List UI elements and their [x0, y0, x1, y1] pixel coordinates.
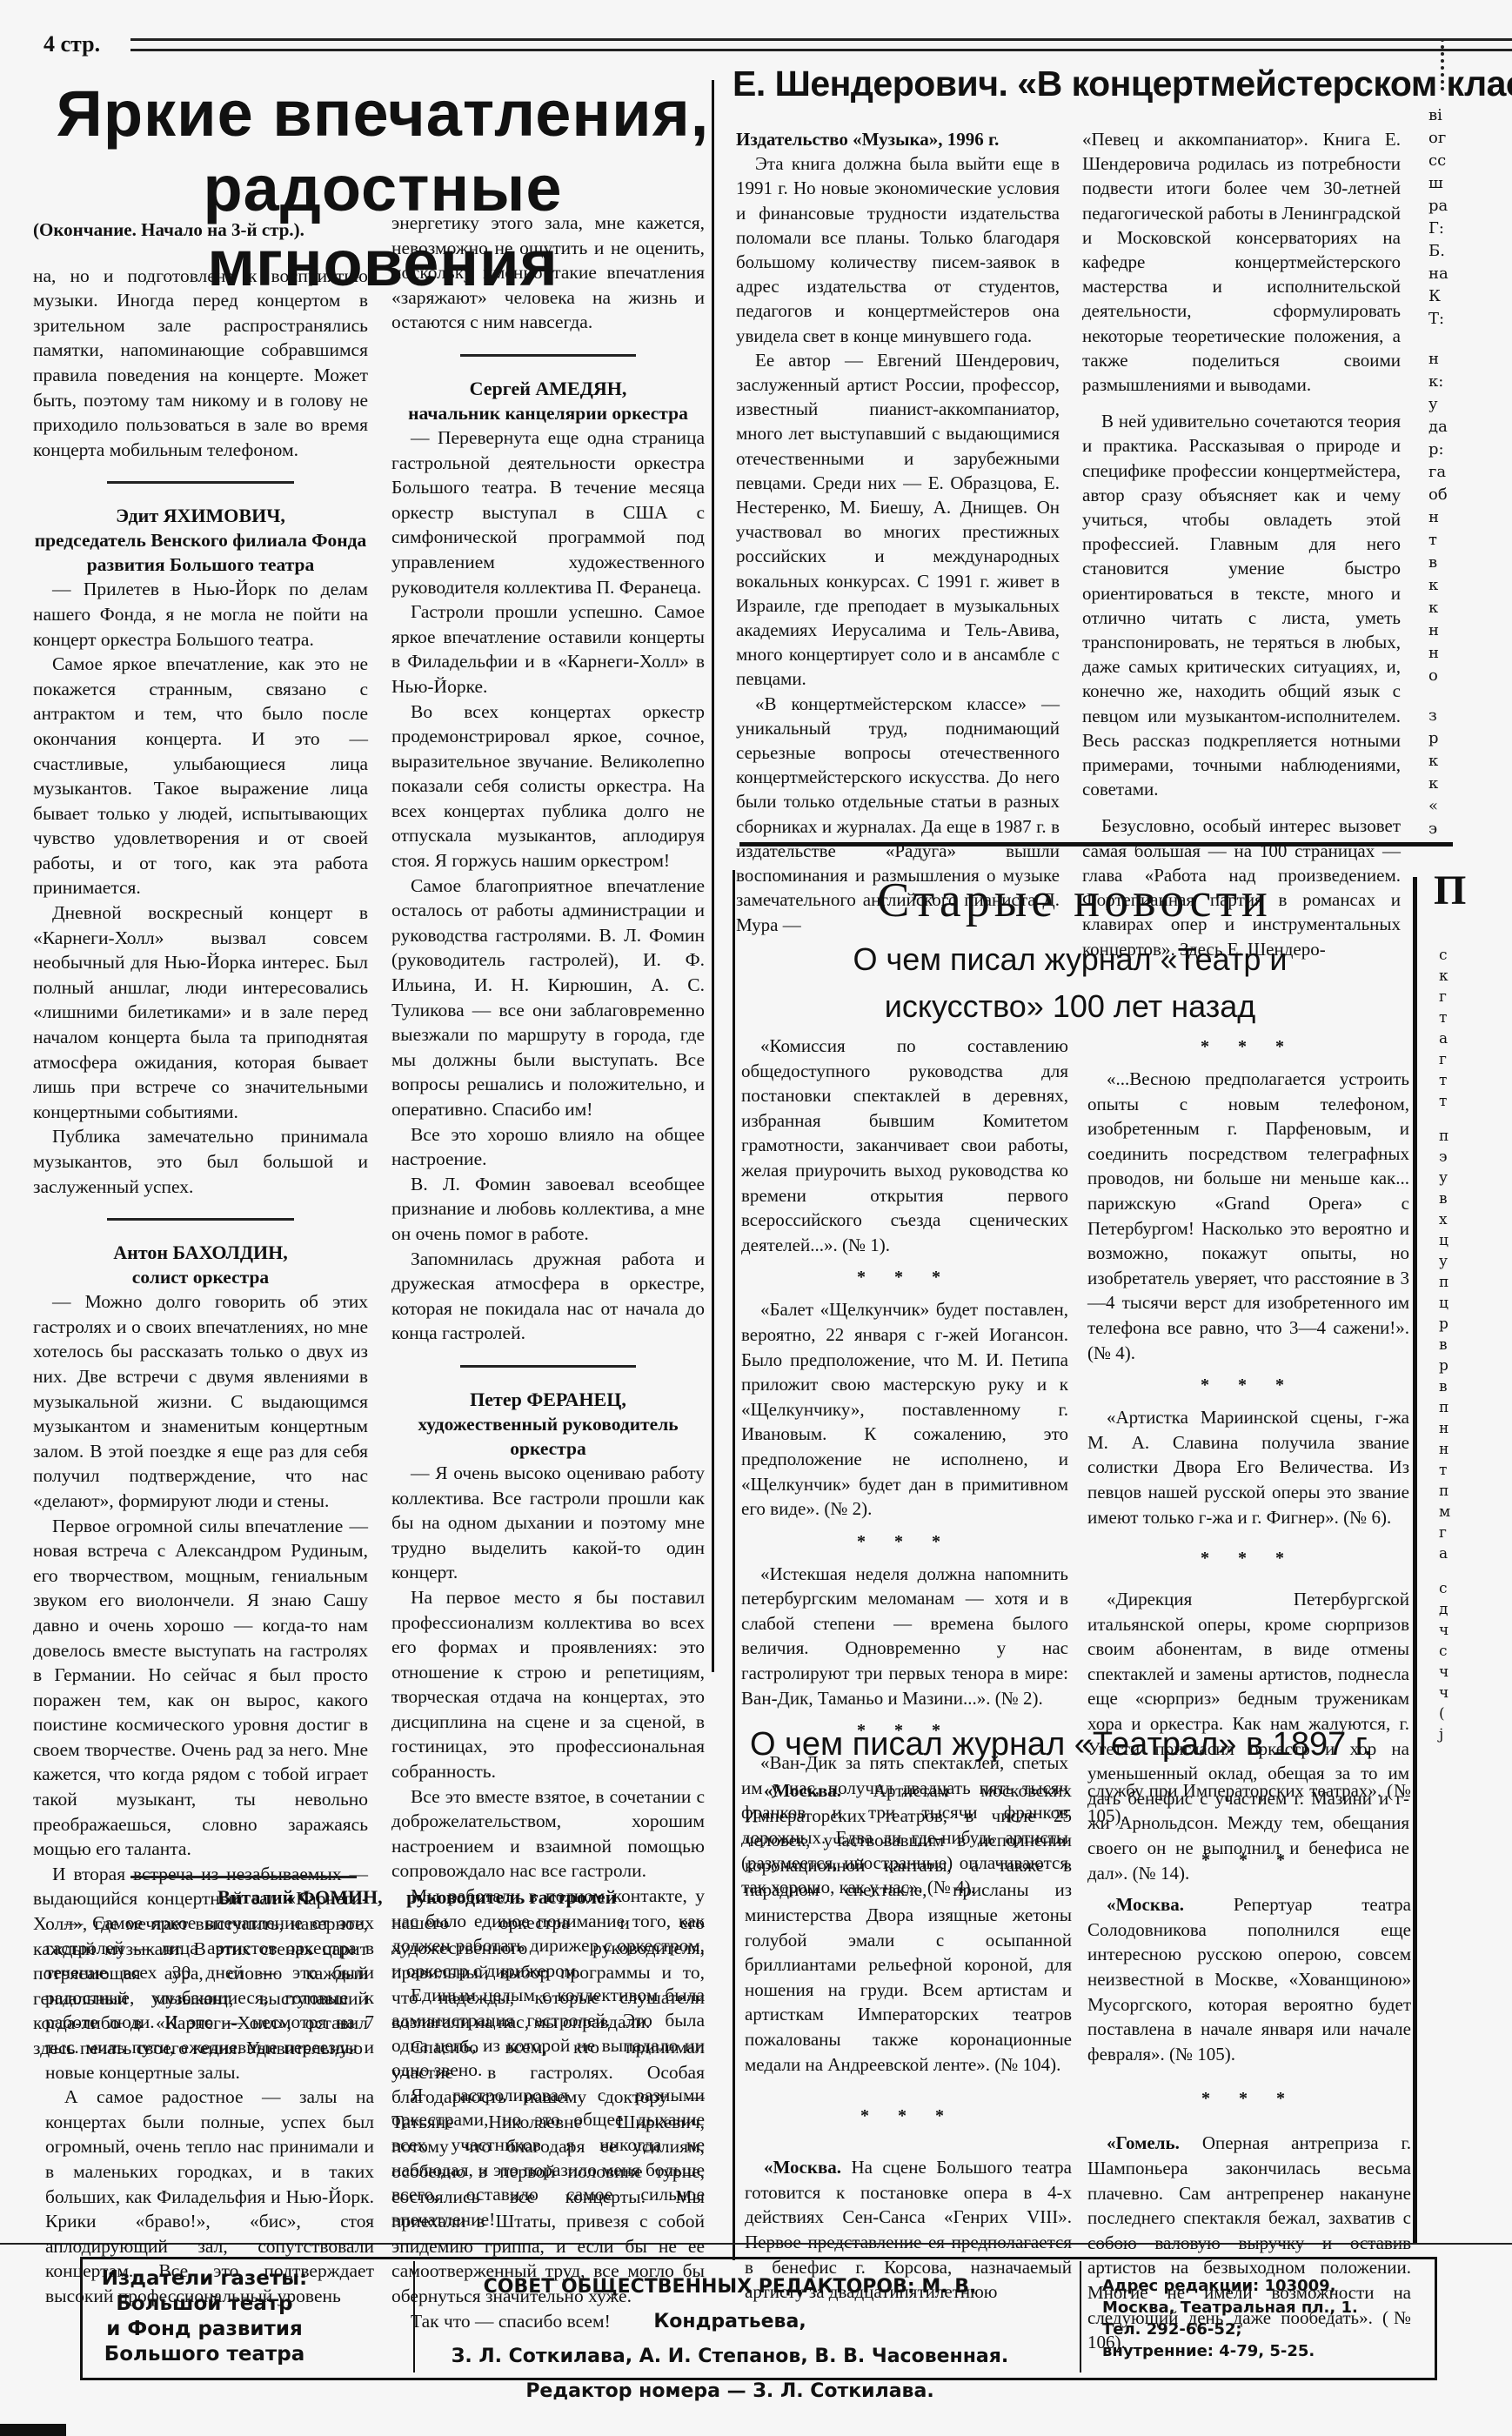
paragraph: «Певец и аккомпаниатор». Книга Е. Шендер…: [1082, 127, 1401, 397]
edge-letter: га: [1428, 461, 1463, 484]
news-item-text: службу при Императорских театрах». (№ 10…: [1087, 1780, 1411, 1826]
address-line: Адрес редакции: 103009,: [1102, 2275, 1363, 2297]
edge-letter: Г:: [1428, 217, 1463, 240]
edge-letter: г: [1439, 1049, 1465, 1070]
edge-letter: ві: [1428, 104, 1463, 127]
news-item-text: Артистам московских Императорских театро…: [745, 1780, 1072, 2075]
edge-letter: о: [1428, 665, 1463, 687]
header-rule-top: [130, 38, 1512, 41]
footer-divider: [1080, 2261, 1081, 2372]
fomin-col1: — Самое яркое впечатление от этих гастро…: [45, 1911, 374, 2309]
paragraph: — Перевернута еще одна страница гастроль…: [391, 425, 705, 599]
edge-letter: а: [1439, 1028, 1465, 1049]
corner-mark: [0, 2424, 66, 2436]
page-number: 4 стр.: [43, 31, 100, 57]
article1-col2-intro: энергетику этого зала, мне кажется, нево…: [391, 211, 705, 335]
news-item: службу при Императорских театрах». (№ 10…: [1087, 1778, 1411, 1828]
section-divider: [107, 481, 295, 484]
paragraph: Самое благоприятное впечатление осталось…: [391, 873, 705, 1122]
section-divider: [460, 354, 636, 357]
edge-letter: с: [1439, 1641, 1465, 1662]
news-item-lead: «Гомель.: [1107, 2132, 1180, 2153]
stars-divider: * * *: [1087, 1545, 1409, 1571]
paragraph: Дневной воскресный концерт в «Карнеги-Хо…: [33, 900, 368, 1124]
edge-letter: т: [1428, 529, 1463, 552]
article1-col1: (Окончание. Начало на 3-й стр.). на, но …: [33, 217, 368, 2061]
edge-letter: да: [1428, 416, 1463, 438]
edge-letter: с: [1439, 945, 1465, 966]
edge-letter: Т:: [1428, 308, 1463, 331]
edge-letter: в: [1439, 1188, 1465, 1209]
edge-letter: н: [1428, 619, 1463, 642]
edge-letter: т: [1439, 1007, 1465, 1028]
edge-letter: на: [1428, 263, 1463, 285]
continuation-note: (Окончание. Начало на 3-й стр.).: [33, 217, 368, 243]
article1-col1-intro: на, но и подготовлена к восприятию музык…: [33, 264, 368, 463]
edge-letter: ч: [1439, 1683, 1465, 1703]
edge-letter: Б.: [1428, 240, 1463, 263]
paragraph: Все это вместе взятое, в сочетании с доб…: [391, 1784, 705, 1884]
edge-letter: э: [1439, 1147, 1465, 1168]
header-rule-bottom: [130, 49, 1512, 51]
edge-letter: к: [1428, 597, 1463, 619]
edge-letter: в: [1439, 1376, 1465, 1397]
section-divider: [130, 1876, 357, 1878]
issue-editor: Редактор номера — З. Л. Соткилава.: [417, 2374, 1043, 2409]
news-item-lead: «Москва.: [1107, 1894, 1184, 1915]
edge-letter: ц: [1439, 1230, 1465, 1251]
author-name: Эдит ЯХИМОВИЧ,: [33, 503, 368, 528]
edge-letter: об: [1428, 484, 1463, 506]
edge-letter: [1428, 331, 1463, 348]
edge-column-top: ві ог сс ш ра Г: Б. на К Т: н к: у да р:…: [1428, 104, 1463, 840]
address-line: внутренние: 4-79, 5-25.: [1102, 2340, 1363, 2362]
publisher-line: Издательство «Музыка», 1996 г.: [736, 127, 1060, 151]
publishers-line: и Фонд развития: [83, 2317, 326, 2342]
stars-divider: * * *: [1087, 2085, 1411, 2111]
edge-letter: сс: [1428, 150, 1463, 172]
paragraph: На первое место я бы поставил профессион…: [391, 1585, 705, 1784]
edge-letter: «: [1428, 795, 1463, 818]
news-item: «...Весною предполагается устроить опыты…: [1087, 1067, 1409, 1365]
author-name: Виталий ФОМИН,: [217, 1886, 383, 1908]
news-item: «Артистка Мариинской сцены, г-жа М. А. С…: [1087, 1405, 1409, 1529]
paragraph: Самое яркое впечатление, как это не пока…: [33, 652, 368, 900]
edge-letter: у: [1428, 393, 1463, 416]
edge-letter: ч: [1439, 1620, 1465, 1641]
author-role: художественный руководитель оркестра: [391, 1412, 705, 1461]
editors-line: СОВЕТ ОБЩЕСТВЕННЫХ РЕДАКТОРОВ: М. В. Кон…: [417, 2270, 1043, 2339]
article3-title: Старые новости: [739, 870, 1409, 931]
edge-letter: г: [1439, 1522, 1465, 1543]
author-role: начальник канцелярии оркестра: [391, 401, 705, 425]
column-divider: [712, 80, 714, 1672]
paragraph: Запомнилась дружная работа и дружеская а…: [391, 1247, 705, 1346]
paragraph: — Прилетев в Нью-Йорк по делам нашего Фо…: [33, 577, 368, 652]
edge-letter: т: [1439, 1460, 1465, 1481]
edge-letter: к:: [1428, 371, 1463, 393]
article3-right-border: [1413, 877, 1417, 2243]
article2-col1: Издательство «Музыка», 1996 г. Эта книга…: [736, 127, 1060, 937]
paragraph: В. Л. Фомин завоевал всеобщее признание …: [391, 1172, 705, 1247]
edge-letter: а: [1439, 1543, 1465, 1564]
edge-letter: п: [1439, 1126, 1465, 1147]
edge-letter: р: [1439, 1355, 1465, 1376]
edge-initial: П: [1434, 867, 1466, 914]
edge-letter: [1439, 1564, 1465, 1578]
paragraph: нашего оркестра и его художественного ру…: [391, 1911, 705, 2035]
edge-letter: н: [1428, 506, 1463, 529]
edge-letter: н: [1428, 642, 1463, 665]
paragraph: Первое огромной силы впечатление — новая…: [33, 1514, 368, 1862]
edge-letter: т: [1439, 1091, 1465, 1112]
edge-letter: г: [1439, 987, 1465, 1007]
edge-letter: н: [1439, 1418, 1465, 1439]
stars-divider: * * *: [745, 2103, 1072, 2129]
fomin-byline: Виталий ФОМИН, руководитель гастролей: [130, 1886, 705, 1909]
edge-letter: н: [1428, 348, 1463, 371]
paragraph: — Можно долго говорить об этих гастролях…: [33, 1289, 368, 1513]
edge-letter: ш: [1428, 172, 1463, 195]
article2-title: Е. Шендерович. «В концертмейстерском кла…: [733, 61, 1428, 106]
publishers-line: Большого театра: [83, 2342, 326, 2367]
edge-letter: х: [1439, 1209, 1465, 1230]
article3-left-border: [733, 870, 735, 2260]
news-item: «Истекшая неделя должна напомнить петерб…: [741, 1562, 1068, 1711]
stars-divider: * * *: [1087, 1034, 1409, 1060]
edge-letter: т: [1439, 1070, 1465, 1091]
edge-letter: ц: [1439, 1293, 1465, 1314]
stars-divider: * * *: [1087, 1847, 1411, 1873]
edge-letter: м: [1439, 1502, 1465, 1522]
article2-col2: «Певец и аккомпаниатор». Книга Е. Шендер…: [1082, 127, 1401, 961]
article3-col1b: «Москва. Артистам московских Императорск…: [745, 1778, 1072, 2305]
footer-top-rule: [0, 2243, 1512, 2245]
edge-top-marks: [1441, 38, 1448, 90]
stars-divider: * * *: [741, 1264, 1068, 1290]
author-role: руководитель гастролей: [406, 1886, 616, 1908]
section-divider: [460, 1365, 636, 1368]
edge-letter: к: [1439, 966, 1465, 987]
paragraph: Эта книга должна была выйти еще в 1991 г…: [736, 151, 1060, 348]
stars-divider: * * *: [1087, 1372, 1409, 1398]
edge-letter: к: [1428, 574, 1463, 597]
author-role: солист оркестра: [33, 1265, 368, 1289]
article3-subtitle2: О чем писал журнал «Театрал» в 1897 г.: [750, 1723, 1411, 1766]
article3-subtitle1: О чем писал журнал «Театр и искусство» 1…: [809, 936, 1331, 1030]
news-item-text: Репертуар театра Солодовникова пополнилс…: [1087, 1894, 1411, 2065]
paragraph: Гастроли прошли успешно. Самое яркое впе…: [391, 599, 705, 699]
edge-letter: э: [1428, 818, 1463, 840]
author-role: председатель Венского филиала Фонда разв…: [33, 528, 368, 577]
paragraph: — Самое яркое впечатление от этих гастро…: [45, 1911, 374, 2085]
footer-divider: [413, 2261, 415, 2372]
address-line: Москва, Театральная пл., 1.: [1102, 2297, 1363, 2319]
paragraph: Ее автор — Евгений Шендерович, заслуженн…: [736, 348, 1060, 692]
article1-title-line1: Яркие впечатления,: [52, 77, 713, 151]
author-name: Сергей АМЕДЯН,: [391, 376, 705, 401]
news-item-lead: «Москва.: [764, 1780, 841, 1801]
publishers-line: Большой театр: [83, 2292, 326, 2317]
paragraph: — Я очень высоко оцениваю работу коллект…: [391, 1461, 705, 1585]
edge-letter: р: [1428, 727, 1463, 750]
paragraph: Во всех концертах оркестр продемонстриро…: [391, 699, 705, 873]
edge-letter: в: [1428, 552, 1463, 574]
edge-letter: [1439, 1112, 1465, 1126]
address-block: Адрес редакции: 103009, Москва, Театраль…: [1102, 2275, 1363, 2362]
news-item: «Москва. Артистам московских Императорск…: [745, 1778, 1072, 2077]
edge-letter: ог: [1428, 127, 1463, 150]
edge-letter: у: [1439, 1168, 1465, 1188]
edge-letter: [1428, 687, 1463, 705]
edge-letter: с: [1439, 1578, 1465, 1599]
news-item: «Комиссия по составлению общедоступного …: [741, 1034, 1068, 1257]
imprint-box: Издатели газеты: Большой театр и Фонд ра…: [80, 2257, 1437, 2380]
edge-letter: з: [1428, 705, 1463, 727]
edge-letter: ра: [1428, 195, 1463, 217]
publishers-line: Издатели газеты:: [83, 2266, 326, 2292]
news-item: «Москва. Репертуар театра Солодовникова …: [1087, 1892, 1411, 2066]
edge-letter: ј: [1439, 1724, 1465, 1745]
edge-letter: (: [1439, 1703, 1465, 1724]
news-item: «Балет «Щелкунчик» будет поставлен, веро…: [741, 1297, 1068, 1521]
edge-letter: п: [1439, 1481, 1465, 1502]
edge-letter: п: [1439, 1397, 1465, 1418]
edge-letter: к: [1428, 750, 1463, 773]
author-name: Антон БАХОЛДИН,: [33, 1240, 368, 1265]
edge-letter: к: [1428, 773, 1463, 795]
address-line: Тел. 292-66-52;: [1102, 2319, 1363, 2340]
editors-line: З. Л. Соткилава, А. И. Степанов, В. В. Ч…: [417, 2339, 1043, 2374]
edge-letter: К: [1428, 285, 1463, 308]
edge-letter: в: [1439, 1335, 1465, 1355]
news-item-lead: «Москва.: [764, 2157, 841, 2178]
edge-letter: р: [1439, 1314, 1465, 1335]
article3-col1: «Комиссия по составлению общедоступного …: [741, 1034, 1068, 1900]
stars-divider: * * *: [741, 1529, 1068, 1555]
edge-letter: н: [1439, 1439, 1465, 1460]
article2-bottom-rule: [739, 842, 1453, 847]
edge-letter: п: [1439, 1272, 1465, 1293]
edge-letter: д: [1439, 1599, 1465, 1620]
section-divider: [107, 1218, 295, 1221]
edge-letter: ч: [1439, 1662, 1465, 1683]
publishers-block: Издатели газеты: Большой театр и Фонд ра…: [83, 2266, 326, 2367]
edge-letter: р:: [1428, 438, 1463, 461]
edge-column-lower: с к г т а г т т п э у в х ц у п ц р в р …: [1439, 945, 1465, 1745]
editors-block: СОВЕТ ОБЩЕСТВЕННЫХ РЕДАКТОРОВ: М. В. Кон…: [417, 2270, 1043, 2409]
paragraph: В ней удивительно сочетаются теория и пр…: [1082, 409, 1401, 801]
edge-letter: у: [1439, 1251, 1465, 1272]
paragraph: Публика замечательно принимала музыканто…: [33, 1124, 368, 1199]
author-name: Петер ФЕРАНЕЦ,: [391, 1387, 705, 1412]
paragraph: Все это хорошо влияло на общее настроени…: [391, 1122, 705, 1172]
